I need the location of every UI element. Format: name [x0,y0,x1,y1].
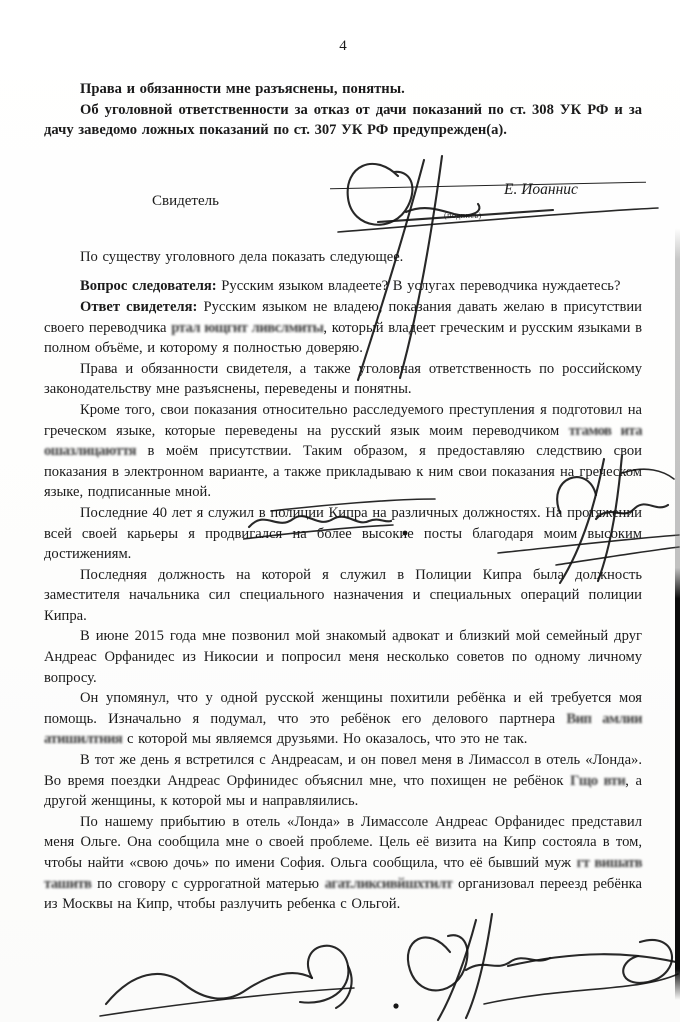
document-page: 4 Права и обязанности мне разъяснены, по… [0,0,680,1022]
text-segment: с которой мы являемся друзьями. Но оказа… [122,731,527,747]
paragraph: В тот же день я встретился с Андреасам, … [44,750,642,812]
witness-role-label: Свидетель [152,193,219,210]
text-segment: По нашему прибытию в отель «Лонда» в Лим… [44,814,642,871]
scan-edge-artifact [675,228,680,1000]
paragraph: В июне 2015 года мне позвонил мой знаком… [44,626,642,688]
redacted-text: агат.ликсивйшхтилт [325,876,453,892]
paragraph: Кроме того, свои показания относительно … [44,400,642,503]
bottom-signature-right [388,908,680,1022]
text-segment: По существу уголовного дела показать сле… [80,249,403,265]
redacted-text: Гщо вти [570,773,625,789]
text-segment: Кроме того, свои показания относительно … [44,402,642,439]
text-segment: В тот же день я встретился с Андреасам, … [44,752,642,789]
text-segment: Об уголовной ответственности за отказ от… [44,102,642,139]
paragraph: Права и обязанности свидетеля, а также у… [44,359,642,400]
text-segment: Последние 40 лет я служил в полиции Кипр… [44,505,642,562]
redacted-text: ртал ющгнт ливслмиты [171,320,323,336]
text-segment: по сговору с суррогатной матерью [91,876,324,892]
paragraph: Он упомянул, что у одной русской женщины… [44,688,642,750]
paragraph: По нашему прибытию в отель «Лонда» в Лим… [44,812,642,915]
paragraph: Об уголовной ответственности за отказ от… [44,100,642,141]
text-segment: Последняя должность на которой я служил … [44,567,642,624]
document-content: 4 Права и обязанности мне разъяснены, по… [0,0,680,915]
paragraph: Ответ свидетеля: Русским языком не владе… [44,297,642,359]
text-segment: Вопрос следователя: [80,278,217,294]
testimony-paragraphs: По существу уголовного дела показать сле… [44,247,642,915]
text-segment: Он упомянул, что у одной русской женщины… [44,690,642,727]
intro-paragraphs: Права и обязанности мне разъяснены, поня… [44,79,642,141]
page-number: 4 [44,38,642,55]
paragraph: Права и обязанности мне разъяснены, поня… [44,79,642,100]
text-segment: В июне 2015 года мне позвонил мой знаком… [44,628,642,685]
paragraph: Вопрос следователя: Русским языком владе… [44,276,642,297]
signature-line [330,181,646,189]
text-segment: Права и обязанности мне разъяснены, поня… [80,81,405,97]
text-segment: Права и обязанности свидетеля, а также у… [44,361,642,398]
text-segment: Ответ свидетеля: [80,299,197,315]
paragraph: По существу уголовного дела показать сле… [44,247,642,268]
text-segment: Русским языком владеете? В услугах перев… [217,278,621,294]
witness-signature-block: Свидетель Е. Иоаннис (подпись) [44,145,642,245]
bottom-signature-left [98,938,418,1022]
paragraph: Последние 40 лет я служил в полиции Кипр… [44,503,642,565]
signature-caption: (подпись) [444,211,482,220]
paragraph: Последняя должность на которой я служил … [44,565,642,627]
